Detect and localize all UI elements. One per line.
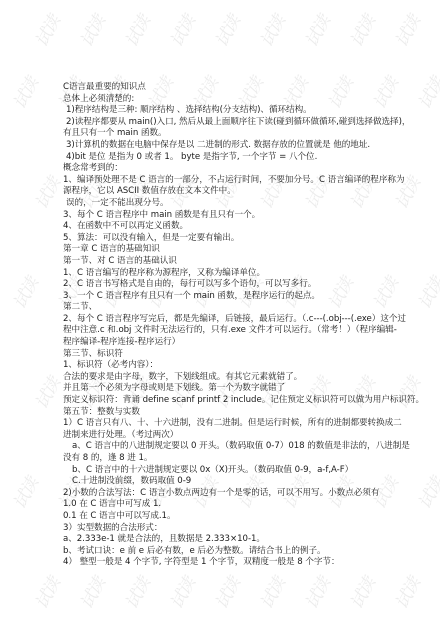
watermark-text: 试读 [72,11,109,51]
watermark-text: 试读 [387,11,424,51]
document-line: C语言最重要的知识点 [63,82,375,94]
document-line: 1.0 在 C 语言中可写成 1. [63,499,375,511]
document-line: 1、编译预处理不是 C 语言的一部分，不占运行时间，不要加分号。C 语言编译的程… [63,175,375,187]
document-line: 进制来进行处理。（考过两次） [63,430,375,442]
document-line: C.十进制没前缀，数码取值 0-9 [63,476,375,488]
watermark-text: 试读 [162,11,199,51]
document-line: 4） 整型一般是 4 个字节, 字符型是 1 个字节，双精度一般是 8 个字节： [63,557,375,569]
watermark-text: 试读 [342,573,379,613]
document-line: 误的，一定不能出现分号。 [63,198,375,210]
watermark-text: 试读 [5,273,42,313]
document-line: 第一章 C 语言的基础知识 [63,244,375,256]
document-line: 3)计算机的数据在电脑中保存是以 二进制的形式. 数据存放的位置就是 他的地址. [63,140,375,152]
watermark-text: 试读 [410,73,440,113]
document-line: 1、标识符（必考内容）： [63,360,375,372]
document-line: b、考试口诀：e 前 e 后必有数，e 后必为整数。请结合书上的例子。 [63,546,375,558]
document-line: 2、每个 C 语言程序写完后，都是先编译，后链接，最后运行。（.c---(.ob… [63,314,375,326]
watermark-text: 试读 [117,11,154,51]
document-line: 合法的要求是由字母，数字，下划线组成。有其它元素就错了。 [63,372,375,384]
watermark-text: 试读 [387,573,424,613]
watermark-text: 试读 [207,573,244,613]
watermark-text: 试读 [72,573,109,613]
watermark-text: 试读 [117,573,154,613]
watermark-text: 试读 [252,573,289,613]
watermark-text: 试读 [27,173,64,213]
document-line: 2、C 语言书写格式是自由的，每行可以写多个语句，可以写多行。 [63,279,375,291]
watermark-text: 试读 [207,11,244,51]
document-line: 1)程序结构是三种: 顺序结构 、选择结构(分支结构)、循环结构。 [63,105,375,117]
document-line: 第一节、对 C 语言的基础认识 [63,256,375,268]
watermark-text: 试读 [27,373,64,413]
watermark-text: 试读 [27,573,64,613]
document-line: 4)bit 是位 是指为 0 或者 1。 byte 是指字节, 一个字节 = 八… [63,152,375,164]
watermark-text: 试读 [5,473,42,513]
document-line: a、C 语言中的八进制规定要以 0 开头。（数码取值 0-7）018 的数值是非… [63,441,375,453]
watermark-text: 试读 [297,573,334,613]
watermark-text: 试读 [410,273,440,313]
document-line: 3、一个 C 语言程序有且只有一个 main 函数，是程序运行的起点。 [63,291,375,303]
document-line: 第二节、 [63,302,375,314]
document-line: 1、C 语言编写的程序称为源程序，又称为编译单位。 [63,268,375,280]
document-line: 第五节：整数与实数 [63,407,375,419]
document-line: 程中注意.c 和.obj 文件时无法运行的，只有.exe 文件才可以运行。（常考… [63,325,375,337]
document-line: 3）实型数据的合法形式： [63,523,375,535]
document-line: a、2.333e-1 就是合法的，且数据是 2.333×10-1。 [63,534,375,546]
watermark-text: 试读 [410,473,440,513]
document-line: 0.1 在 C 语言中可以写成.1。 [63,511,375,523]
document-line: 程序编译-程序连接-程序运行） [63,337,375,349]
document-line: 第三节、标识符 [63,349,375,361]
document-line: 预定义标识符：背诵 define scanf printf 2 include。… [63,395,375,407]
document-line: 5、算法：可以没有输入，但是一定要有输出。 [63,233,375,245]
document-line: 有且只有一个 main 函数。 [63,128,375,140]
document-line: 3、每个 C 语言程序中 main 函数是有且只有一个。 [63,210,375,222]
document-line: 概念常考到的： [63,163,375,175]
document-line: 4、在函数中不可以再定义函数。 [63,221,375,233]
document-line: 源程序，它以 ASCII 数值存放在文本文件中。 [63,186,375,198]
document-line: 2)读程序都要从 main()入口, 然后从最上面顺序往下读(碰到循环做循环,碰… [63,117,375,129]
document-line: 并且第一个必须为字母或则是下划线。第一个为数字就错了 [63,383,375,395]
watermark-text: 试读 [387,373,424,413]
document-line: 总体上必须清楚的: [63,94,375,106]
document-page: C语言最重要的知识点总体上必须清楚的:1)程序结构是三种: 顺序结构 、选择结构… [63,82,375,569]
watermark-text: 试读 [5,73,42,113]
watermark-text: 试读 [342,11,379,51]
document-line: 1）C 语言只有八、十、十六进制，没有二进制。但是运行时候，所有的进制都要转换成… [63,418,375,430]
watermark-text: 试读 [252,11,289,51]
document-line: 没有 8 的，逢 8 进 1。 [63,453,375,465]
watermark-text: 试读 [297,11,334,51]
document-line: 2)小数的合法写法：C 语言小数点两边有一个是零的话，可以不用写。小数点必须有 [63,488,375,500]
watermark-text: 试读 [27,11,64,51]
watermark-text: 试读 [162,573,199,613]
document-line: b、C 语言中的十六进制规定要以 0x（X)开头。（数码取值 0-9，a-f,A… [63,465,375,477]
